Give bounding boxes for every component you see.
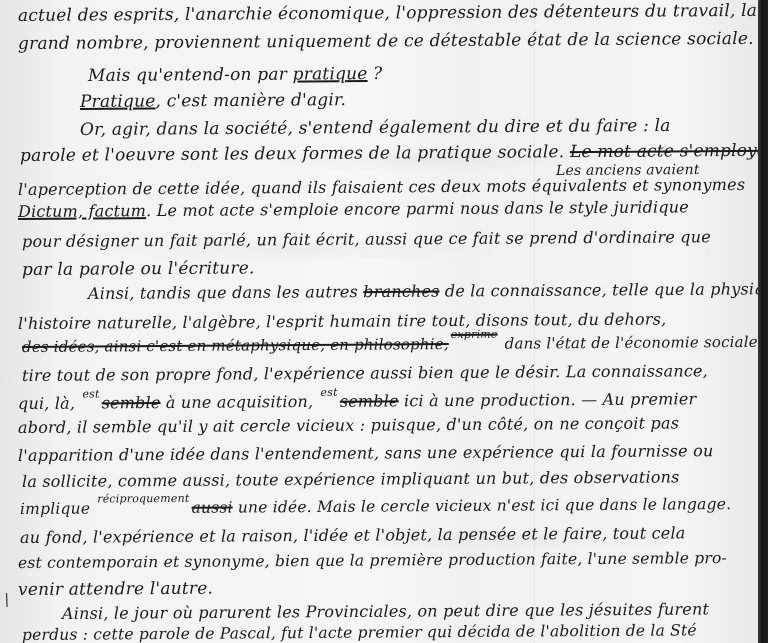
manuscript-line: abord, il semble qu'il y ait cercle vici…	[18, 415, 679, 436]
underlined-word: pratique	[293, 64, 368, 85]
manuscript-line: la sollicite, comme aussi, toute expérie…	[22, 469, 680, 490]
line-text: l'aperception de cette idée, quand ils f…	[18, 175, 745, 199]
struck-text: semble	[102, 393, 161, 412]
line-text: au fond, l'expérience et la raison, l'id…	[20, 523, 686, 547]
manuscript-line: Or, agir, dans la société, s'entend égal…	[80, 118, 671, 139]
manuscript-line: Pratique, c'est manière d'agir.	[80, 92, 346, 111]
line-text: venir attendre l'autre.	[18, 579, 213, 600]
line-text: est contemporain et synonyme, bien que l…	[18, 549, 727, 572]
line-text: tire tout de son propre fond, l'expérien…	[22, 361, 708, 385]
line-text: Ainsi, tandis que dans les autres	[88, 282, 358, 303]
manuscript-line: l'aperception de cette idée, quand ils f…	[18, 177, 745, 198]
insert-text: est	[82, 387, 99, 400]
line-text: à une acquisition,	[160, 392, 313, 412]
line-text: l'histoire naturelle, l'algèbre, l'espri…	[18, 309, 667, 333]
manuscript-line: implique réciproquementaussi une idée. M…	[20, 497, 731, 517]
struck-text: branches	[363, 282, 439, 302]
line-text: Mais qu'entend-on par	[88, 65, 287, 86]
manuscript-line: l'histoire naturelle, l'algèbre, l'espri…	[18, 311, 666, 332]
line-text: de la connaissance, telle que la physiqu…	[439, 279, 758, 300]
line-text: grand nombre, proviennent uniquement de …	[18, 29, 754, 54]
manuscript-line: est contemporain et synonyme, bien que l…	[18, 551, 727, 571]
line-text: qui, là,	[18, 394, 75, 413]
manuscript-line: perdus : cette parole de Pascal, fut l'a…	[22, 623, 697, 643]
insert-text: est	[320, 386, 337, 399]
underlined-word: Dictum, factum	[18, 201, 146, 221]
line-text: Or, agir, dans la société, s'entend égal…	[80, 116, 671, 140]
line-text: perdus : cette parole de Pascal, fut l'a…	[22, 621, 697, 643]
manuscript-line: pour désigner un fait parlé, un fait écr…	[22, 229, 711, 250]
line-text: la sollicite, comme aussi, toute expérie…	[22, 467, 680, 491]
line-text: pour désigner un fait parlé, un fait écr…	[22, 227, 711, 251]
line-text: par la parole ou l'écriture.	[22, 258, 255, 280]
manuscript-line: par la parole ou l'écriture.	[22, 260, 255, 279]
manuscript-line: des idées, ainsi c'est en métaphysique, …	[22, 334, 758, 355]
manuscript-line: l'apparition d'une idée dans l'entendeme…	[18, 443, 714, 464]
manuscript-line: venir attendre l'autre.	[18, 581, 213, 599]
line-text: l'apparition d'une idée dans l'entendeme…	[18, 441, 714, 465]
binding-border	[758, 0, 768, 643]
manuscript-line: Dictum, factum. Le mot acte s'emploie en…	[18, 199, 689, 220]
manuscript-line: au fond, l'expérience et la raison, l'id…	[20, 525, 686, 546]
line-text: abord, il semble qu'il y ait cercle vici…	[18, 413, 679, 437]
manuscript-line: qui, là, estsemble à une acquisition, es…	[18, 391, 696, 412]
line-text: . Le mot acte s'emploie encore parmi nou…	[146, 197, 689, 220]
margin-stroke: /	[1, 590, 13, 610]
line-text: dans l'état de l'économie sociale, l'hum…	[500, 332, 758, 352]
line-text: une idée. Mais le cercle vicieux n'est i…	[233, 495, 732, 516]
manuscript-page: actuel des esprits, l'anarchie économiqu…	[0, 0, 758, 643]
struck-text: aussi	[192, 499, 233, 517]
line-text: actuel des esprits, l'anarchie économiqu…	[18, 0, 758, 26]
manuscript-line: grand nombre, proviennent uniquement de …	[18, 31, 754, 53]
manuscript-line: Ainsi, le jour où parurent les Provincia…	[62, 601, 709, 622]
manuscript-line: tire tout de son propre fond, l'expérien…	[22, 363, 708, 384]
underlined-word: Pratique	[80, 91, 156, 112]
struck-insert: exprime	[451, 328, 498, 341]
line-text: Ainsi, le jour où parurent les Provincia…	[62, 599, 709, 623]
manuscript-line: Mais qu'entend-on par pratique ?	[88, 66, 383, 85]
struck-text: Le mot acte s'employait	[570, 141, 758, 162]
struck-text: des idées, ainsi c'est en métaphysique, …	[22, 335, 449, 356]
manuscript-line: actuel des esprits, l'anarchie économiqu…	[18, 2, 758, 25]
line-text: implique	[20, 500, 90, 518]
line-text: ici à une production. — Au premier	[399, 389, 697, 410]
struck-text: semble	[340, 391, 399, 410]
line-text: ?	[367, 64, 382, 84]
insert-text: réciproquement	[97, 492, 189, 506]
manuscript-line: Ainsi, tandis que dans les autres branch…	[88, 281, 758, 302]
line-text: , c'est manière d'agir.	[155, 90, 346, 111]
line-text: parole et l'oeuvre sont les deux formes …	[20, 142, 564, 166]
